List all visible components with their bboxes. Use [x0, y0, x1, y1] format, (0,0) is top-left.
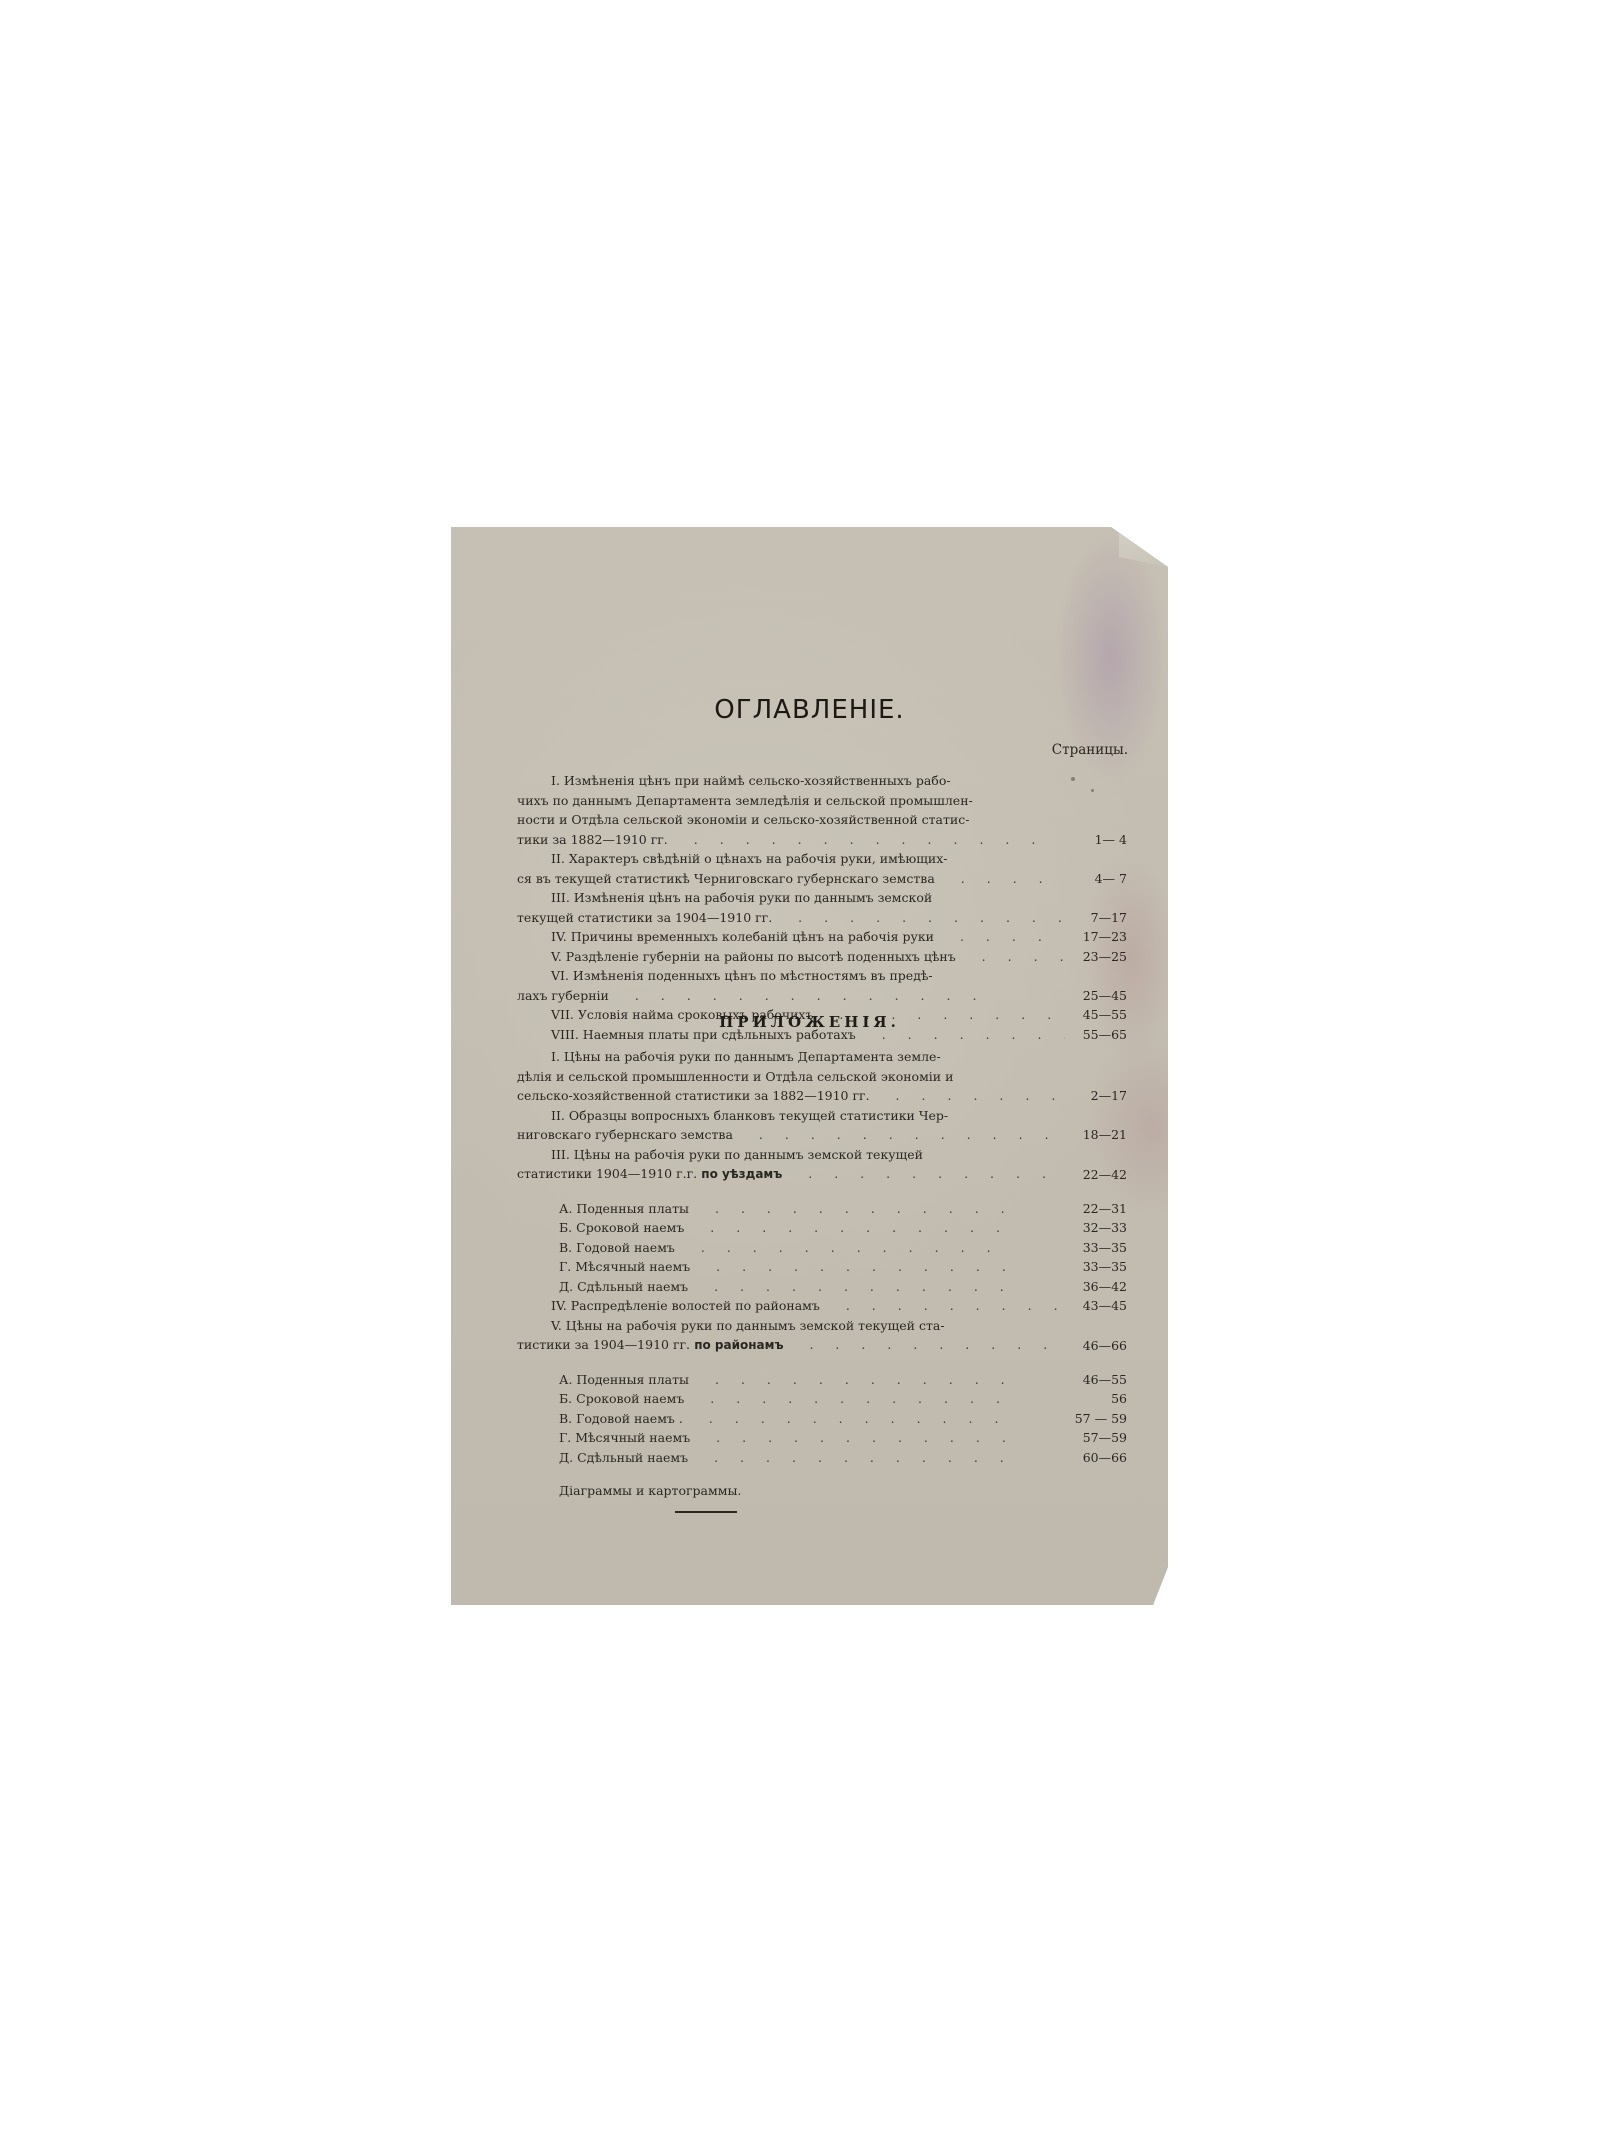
entry-line: Д. Сдѣльный наемъ ............	[559, 1277, 1065, 1297]
entry-title-cont: чихъ по даннымъ Департамента земледѣлія …	[517, 793, 973, 808]
document-page: ОГЛАВЛЕНІЕ. Страницы. I. Измѣненія цѣнъ …	[451, 527, 1168, 1605]
entry-line: тики за 1882—1910 гг. ..............	[517, 830, 1065, 850]
toc-subentry: А. Поденныя платы ............46—55	[517, 1370, 1127, 1390]
end-rule	[675, 1511, 737, 1513]
entry-line: А. Поденныя платы ............	[559, 1199, 1065, 1219]
entry-emphasis: по районамъ	[690, 1338, 783, 1352]
subentry-title: А. Поденныя платы	[559, 1201, 689, 1216]
entry-line: лахъ губерніи ..............	[517, 986, 1065, 1006]
entry-title: II. Характеръ свѣдѣній о цѣнахъ на рабоч…	[551, 851, 948, 866]
toc-subentry: В. Годовой наемъ . ............57 — 59	[517, 1409, 1127, 1429]
entry-line: IV. Причины временныхъ колебаній цѣнъ на…	[517, 927, 1065, 947]
entry-line: ниговскаго губернскаго земства .........…	[517, 1125, 1065, 1145]
leader-dots: ............	[688, 1279, 1026, 1294]
entry-line: I. Измѣненія цѣнъ при наймѣ сельско-хозя…	[517, 771, 1065, 791]
entry-line: сельско-хозяйственной статистики за 1882…	[517, 1086, 1065, 1106]
leader-dots: ..............	[772, 910, 1065, 925]
leader-dots: ..............	[870, 1088, 1065, 1103]
leader-dots: ..............	[668, 832, 1058, 847]
leader-dots: ..............	[782, 1166, 1065, 1181]
toc-subentry: Г. Мѣсячный наемъ ............33—35	[517, 1257, 1127, 1277]
entry-title-cont: ниговскаго губернскаго земства	[517, 1127, 733, 1142]
entry-line: В. Годовой наемъ ............	[559, 1238, 1065, 1258]
entry-line: Б. Сроковой наемъ ............	[559, 1218, 1065, 1238]
entry-line: Г. Мѣсячный наемъ ............	[559, 1257, 1065, 1277]
entry-title: I. Измѣненія цѣнъ при наймѣ сельско-хозя…	[551, 773, 951, 788]
leader-dots: ..............	[609, 988, 999, 1003]
entry-line: В. Годовой наемъ . ............	[559, 1409, 1065, 1429]
toc-subentry: Г. Мѣсячный наемъ ............57—59	[517, 1428, 1127, 1448]
entry-title-cont: лахъ губерніи	[517, 988, 609, 1003]
pages-column-label: Страницы.	[1052, 742, 1128, 758]
entry-title: IV. Причины временныхъ колебаній цѣнъ на…	[551, 929, 934, 944]
page-range: 22—31	[1069, 1199, 1127, 1219]
leader-dots: ..............	[820, 1298, 1065, 1313]
toc-entry: V. Раздѣленіе губерніи на районы по высо…	[517, 947, 1127, 967]
appendix-contents: I. Цѣны на рабочія руки по даннымъ Депар…	[517, 1047, 1127, 1501]
toc-subentry: Д. Сдѣльный наемъ ............36—42	[517, 1277, 1127, 1297]
page-range: 23—25	[1069, 947, 1127, 967]
entry-title-cont: ности и Отдѣла сельской экономіи и сельс…	[517, 812, 969, 827]
entry-title-cont: сельско-хозяйственной статистики за 1882…	[517, 1088, 870, 1103]
spacer	[517, 1467, 1127, 1481]
toc-subentry: Б. Сроковой наемъ ............32—33	[517, 1218, 1127, 1238]
table-of-contents: I. Измѣненія цѣнъ при наймѣ сельско-хозя…	[517, 771, 1127, 1044]
page-range: 7—17	[1069, 908, 1127, 928]
subentry-title: Г. Мѣсячный наемъ	[559, 1259, 690, 1274]
page-range: 60—66	[1069, 1448, 1127, 1468]
page-range: 17—23	[1069, 927, 1127, 947]
leader-dots: ............	[689, 1201, 1027, 1216]
page-title: ОГЛАВЛЕНІЕ.	[451, 695, 1168, 725]
leader-dots: ............	[688, 1450, 1026, 1465]
page-range: 25—45	[1069, 986, 1127, 1006]
leader-dots: ..............	[934, 929, 1065, 944]
entry-title: VI. Измѣненія поденныхъ цѣнъ по мѣстност…	[551, 968, 933, 983]
leader-dots: ............	[684, 1391, 1022, 1406]
leader-dots: ............	[689, 1372, 1027, 1387]
entry-title-cont: статистики 1904—1910 г.г.	[517, 1166, 697, 1181]
subentry-title: Д. Сдѣльный наемъ	[559, 1450, 688, 1465]
entry-title-cont: тики за 1882—1910 гг.	[517, 832, 668, 847]
toc-entry: I. Измѣненія цѣнъ при наймѣ сельско-хозя…	[517, 771, 1127, 849]
page-range: 2—17	[1069, 1086, 1127, 1106]
folded-corner	[1119, 527, 1168, 567]
entry-line: I. Цѣны на рабочія руки по даннымъ Депар…	[517, 1047, 1065, 1067]
toc-entry: IV. Причины временныхъ колебаній цѣнъ на…	[517, 927, 1127, 947]
toc-subentry: Д. Сдѣльный наемъ ............60—66	[517, 1448, 1127, 1468]
leader-dots: ..............	[783, 1337, 1065, 1352]
subentry-title: Б. Сроковой наемъ	[559, 1220, 684, 1235]
entry-title-cont: тистики за 1904—1910 гг.	[517, 1337, 690, 1352]
toc-entry: II. Образцы вопросныхъ бланковъ текущей …	[517, 1106, 1127, 1145]
page-range: 43—45	[1069, 1296, 1127, 1316]
entry-line: II. Образцы вопросныхъ бланковъ текущей …	[517, 1106, 1065, 1126]
leader-dots: ............	[683, 1411, 1021, 1426]
entry-title-cont: дѣлія и сельской промышленности и Отдѣла…	[517, 1069, 953, 1084]
toc-subentry: А. Поденныя платы ............22—31	[517, 1199, 1127, 1219]
leader-dots: ............	[675, 1240, 1013, 1255]
entry-line: чихъ по даннымъ Департамента земледѣлія …	[517, 791, 1065, 811]
entry-line: ности и Отдѣла сельской экономіи и сельс…	[517, 810, 1065, 830]
entry-line: ся въ текущей статистикѣ Черниговскаго г…	[517, 869, 1065, 889]
entry-line: III. Измѣненія цѣнъ на рабочія руки по д…	[517, 888, 1065, 908]
toc-entry: V. Цѣны на рабочія руки по даннымъ земск…	[517, 1316, 1127, 1356]
page-range: 33—35	[1069, 1238, 1127, 1258]
subentry-title: Д. Сдѣльный наемъ	[559, 1279, 688, 1294]
entry-line: тистики за 1904—1910 гг. по районамъ ...…	[517, 1335, 1065, 1356]
entry-line: Б. Сроковой наемъ ............	[559, 1389, 1065, 1409]
entry-line: статистики 1904—1910 г.г. по уѣздамъ ...…	[517, 1164, 1065, 1185]
entry-line: А. Поденныя платы ............	[559, 1370, 1065, 1390]
entry-line: VI. Измѣненія поденныхъ цѣнъ по мѣстност…	[517, 966, 1065, 986]
entry-title: III. Измѣненія цѣнъ на рабочія руки по д…	[551, 890, 932, 905]
page-range: 56	[1069, 1389, 1127, 1409]
leader-dots: ..............	[956, 949, 1065, 964]
page-range: 4— 7	[1069, 869, 1127, 889]
page-range: 46—66	[1069, 1336, 1127, 1356]
entry-line: II. Характеръ свѣдѣній о цѣнахъ на рабоч…	[517, 849, 1065, 869]
entry-title: I. Цѣны на рабочія руки по даннымъ Депар…	[551, 1049, 941, 1064]
toc-entry: III. Цѣны на рабочія руки по даннымъ зем…	[517, 1145, 1127, 1185]
entry-title: V. Цѣны на рабочія руки по даннымъ земск…	[551, 1318, 945, 1333]
page-range: 32—33	[1069, 1218, 1127, 1238]
entry-line: Г. Мѣсячный наемъ ............	[559, 1428, 1065, 1448]
leader-dots: ..............	[935, 871, 1065, 886]
entry-line: Д. Сдѣльный наемъ ............	[559, 1448, 1065, 1468]
page-range: 18—21	[1069, 1125, 1127, 1145]
toc-subentry: Б. Сроковой наемъ ............56	[517, 1389, 1127, 1409]
entry-title: IV. Распредѣленіе волостей по районамъ	[551, 1298, 820, 1313]
subentry-title: Б. Сроковой наемъ	[559, 1391, 684, 1406]
entry-title-cont: текущей статистики за 1904—1910 гг.	[517, 910, 772, 925]
entry-title: II. Образцы вопросныхъ бланковъ текущей …	[551, 1108, 948, 1123]
subentry-title: В. Годовой наемъ .	[559, 1411, 683, 1426]
toc-entry: IV. Распредѣленіе волостей по районамъ .…	[517, 1296, 1127, 1316]
spacer	[517, 1356, 1127, 1370]
toc-entry: III. Измѣненія цѣнъ на рабочія руки по д…	[517, 888, 1127, 927]
spacer	[517, 1185, 1127, 1199]
leader-dots: ............	[684, 1220, 1022, 1235]
page-range: 36—42	[1069, 1277, 1127, 1297]
page-range: 1— 4	[1069, 830, 1127, 850]
toc-subentry: В. Годовой наемъ ............33—35	[517, 1238, 1127, 1258]
page-range: 57 — 59	[1069, 1409, 1127, 1429]
entry-line: дѣлія и сельской промышленности и Отдѣла…	[517, 1067, 1065, 1087]
entry-title: V. Раздѣленіе губерніи на районы по высо…	[551, 949, 956, 964]
leader-dots: ..............	[733, 1127, 1065, 1142]
page-range: 57—59	[1069, 1428, 1127, 1448]
subentry-title: Г. Мѣсячный наемъ	[559, 1430, 690, 1445]
page-range: 22—42	[1069, 1165, 1127, 1185]
toc-entry: VI. Измѣненія поденныхъ цѣнъ по мѣстност…	[517, 966, 1127, 1005]
entry-emphasis: по уѣздамъ	[697, 1167, 782, 1181]
leader-dots: ............	[690, 1259, 1028, 1274]
subentry-title: А. Поденныя платы	[559, 1372, 689, 1387]
page-range: 46—55	[1069, 1370, 1127, 1390]
entry-line: текущей статистики за 1904—1910 гг. ....…	[517, 908, 1065, 928]
entry-line: V. Цѣны на рабочія руки по даннымъ земск…	[517, 1316, 1065, 1336]
toc-entry: I. Цѣны на рабочія руки по даннымъ Депар…	[517, 1047, 1127, 1106]
page-range: 33—35	[1069, 1257, 1127, 1277]
entry-line: IV. Распредѣленіе волостей по районамъ .…	[517, 1296, 1065, 1316]
leader-dots: ............	[690, 1430, 1028, 1445]
appendix-heading: ПРИЛОЖЕНІЯ.	[451, 1013, 1168, 1031]
entry-line: V. Раздѣленіе губерніи на районы по высо…	[517, 947, 1065, 967]
entry-line: III. Цѣны на рабочія руки по даннымъ зем…	[517, 1145, 1065, 1165]
subentry-title: В. Годовой наемъ	[559, 1240, 675, 1255]
entry-title: III. Цѣны на рабочія руки по даннымъ зем…	[551, 1147, 923, 1162]
toc-entry: II. Характеръ свѣдѣній о цѣнахъ на рабоч…	[517, 849, 1127, 888]
footer-note: Діаграммы и картограммы.	[517, 1481, 1127, 1501]
entry-title-cont: ся въ текущей статистикѣ Черниговскаго г…	[517, 871, 935, 886]
